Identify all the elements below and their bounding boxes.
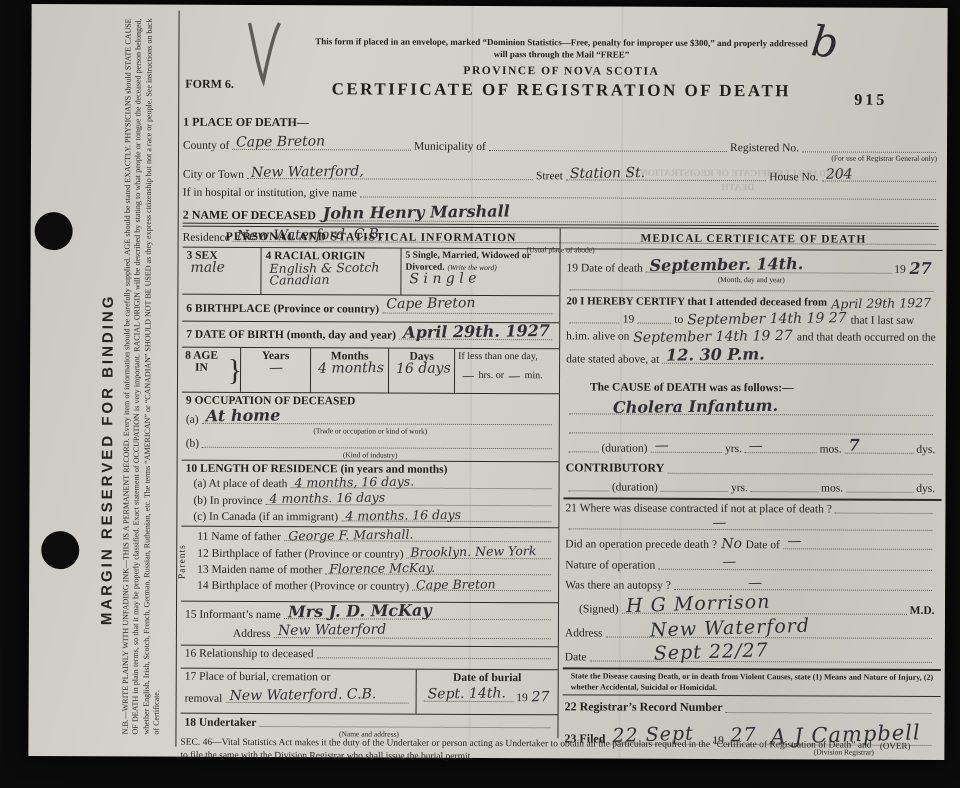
dod-note: (Month, day and year) <box>566 275 936 286</box>
undertaker-label: 18 Undertaker <box>184 717 256 729</box>
dod-year-prefix: 19 <box>894 264 906 276</box>
father-bp-line: Brooklyn. New York <box>407 546 552 559</box>
res-c-line: 4 months. 16 days <box>341 509 551 522</box>
mos-label: mos. <box>820 444 842 456</box>
sec46-text: SEC. 46—Vital Statistics Act makes it th… <box>180 738 871 762</box>
binder-punch-hole <box>35 212 73 250</box>
burial-label1: 17 Place of burial, cremation or <box>185 671 412 684</box>
parents-section: Parents 11 Name of father George F. Mars… <box>181 527 558 604</box>
death-certificate-form: This form if placed in an envelope, mark… <box>180 13 939 758</box>
nature-label: Nature of operation <box>565 559 655 571</box>
dod-line: September. 14th. <box>646 258 892 274</box>
burial-value: New Waterford. C.B. <box>225 688 380 703</box>
mother-bp-value: Cape Breton <box>412 578 500 590</box>
birthplace-row: 6 BIRTHPLACE (Province or country) Cape … <box>182 295 559 324</box>
street-value: Station St. <box>566 167 649 181</box>
house-no-label: House No. <box>769 171 818 183</box>
age-years-value: — <box>264 362 286 375</box>
duration-dys-value: 7 <box>845 438 864 453</box>
certify-last-value: September 14th 19 27 <box>629 329 797 344</box>
certify-to-value: September 14th 19 27 <box>683 312 851 327</box>
dod-label: 19 Date of death <box>566 263 642 275</box>
age-less-label: If less than one day, <box>458 351 556 362</box>
parents-label: Parents <box>178 544 188 579</box>
registered-no-label: Registered No. <box>730 142 799 154</box>
sex-cell: 3 SEX male <box>182 248 260 294</box>
hospital-line <box>360 197 936 201</box>
relationship-line <box>316 657 550 659</box>
physician-addr-line: New Waterford <box>606 620 932 640</box>
birthplace-label: 6 BIRTHPLACE (Province or country) <box>186 302 379 315</box>
certify-lastsaw: that I last saw <box>851 314 915 326</box>
age-brace: } <box>228 354 243 388</box>
res-a-value: 4 months, 16 days. <box>290 476 418 489</box>
dys2-label: dys. <box>916 483 935 495</box>
informant-addr-label: Address <box>233 628 271 640</box>
certificate-number: 915 <box>854 92 887 110</box>
informant-addr-value: New Waterford <box>274 624 391 638</box>
certify-occurred-label: and that death occurred on the <box>797 332 936 345</box>
duration-yrs-line: — <box>650 440 722 454</box>
certify-from-value: April 29th 1927 <box>827 297 935 310</box>
physician-addr-value: New Waterford <box>645 618 814 640</box>
operation-date-label: Date of <box>746 539 780 551</box>
physician-date-label: Date <box>565 652 587 664</box>
cause-section: The CAUSE of DEATH was as follows:— Chol… <box>563 381 941 499</box>
yrs-label: yrs. <box>725 443 742 455</box>
duration2-lead <box>569 491 609 492</box>
parents-rows: 11 Name of father George F. Marshall. 12… <box>197 527 558 603</box>
sec46-footer: (OVER) SEC. 46—Vital Statistics Act make… <box>180 737 936 766</box>
house-no-line: 204 <box>821 168 936 182</box>
res-c-value: 4 months. 16 days <box>341 508 465 521</box>
burial-section: 17 Place of burial, cremation or removal… <box>181 669 558 716</box>
res-a-line: 4 months, 16 days. <box>290 476 551 489</box>
record-number-line <box>726 712 932 714</box>
sex-value: male <box>186 261 229 274</box>
city-value: New Waterford, <box>247 165 368 179</box>
date-of-death-row: 19 Date of death September. 14th. 19 27 … <box>564 249 942 295</box>
occ-b-note: (Kind of industry) <box>186 450 555 461</box>
duration-yrs-value: — <box>650 439 672 452</box>
marital-label1: 5 Single, Married, Widowed or <box>406 251 556 262</box>
age-less-cell: If less than one day, — hrs. or — min. <box>454 349 559 393</box>
burial-year-prefix: 19 <box>516 692 528 704</box>
occ-a-label: (a) <box>186 414 199 426</box>
res-b-value: 4 months. 16 days <box>265 492 389 505</box>
marital-cell: 5 Single, Married, Widowed or Divorced. … <box>400 249 559 296</box>
signed-line: H G Morrison <box>622 596 907 615</box>
q21-line2: — <box>568 515 932 532</box>
personal-column: PERSONAL AND STATISTICAL INFORMATION 3 S… <box>180 227 560 739</box>
father-label: 11 Name of father <box>197 531 281 543</box>
father-line: George F. Marshall. <box>284 529 551 542</box>
certify-alive-label: h.im. alive on <box>566 331 629 343</box>
certify-to: to <box>674 313 683 325</box>
duration2-label: (duration) <box>612 482 658 494</box>
age-min-label: min. <box>525 370 543 381</box>
contributory-label: CONTRIBUTORY <box>566 461 665 476</box>
birthplace-value: Cape Breton <box>382 297 479 311</box>
cause-line: Cholera Infantum. <box>569 393 933 416</box>
burial-date-value: Sept. 14th. <box>424 687 510 701</box>
over-label: (OVER) <box>880 740 911 752</box>
cause-line2 <box>569 416 933 435</box>
signed-label: (Signed) <box>579 604 619 616</box>
dod-spare-line <box>569 290 933 293</box>
occ-b-line <box>202 447 552 450</box>
form-number: FORM 6. <box>185 77 234 92</box>
length-residence-section: 10 LENGTH OF RESIDENCE (in years and mon… <box>181 461 558 529</box>
certify-line1: 20 I HEREBY CERTIFY that I attended dece… <box>566 295 827 308</box>
record-number-label: 22 Registrar’s Record Number <box>565 700 723 716</box>
mother-label: 13 Maiden name of mother <box>197 563 322 576</box>
age-days-cell: Days 16 days <box>388 349 454 393</box>
q21-label: 21 Where was disease contracted if not a… <box>565 503 831 516</box>
medical-heading: MEDICAL CERTIFICATE OF DEATH <box>565 228 943 251</box>
county-label: County of <box>183 139 229 151</box>
racial-origin-cell: 4 RACIAL ORIGIN English & Scotch Canadia… <box>260 248 400 295</box>
deceased-name-line: John Henry Marshall <box>319 205 936 223</box>
operation-label: Did an operation precede death ? <box>565 538 717 551</box>
operation-value: No <box>717 538 746 551</box>
parents-vertical-label-cell: Parents <box>181 527 197 601</box>
mother-line: Florence McKay. <box>325 562 551 575</box>
deceased-name-value: John Henry Marshall <box>319 205 514 222</box>
physician-signature: H G Morrison <box>621 594 774 616</box>
birthplace-line: Cape Breton <box>382 298 552 314</box>
cause-heading: The CAUSE of DEATH was as follows:— <box>566 381 936 395</box>
burial-date-cell: Date of burial Sept. 14th. 19 27 <box>416 670 558 715</box>
handwritten-b-mark: b <box>809 20 840 65</box>
q21-line1 <box>835 513 932 514</box>
hospital-label: If in hospital or institution, give name <box>183 187 357 200</box>
res-b-label: (b) In province <box>193 494 262 506</box>
nature-line: — <box>658 556 932 571</box>
duration2-dys-line <box>846 492 913 493</box>
autopsy-label: Was there an autopsy ? <box>565 580 671 592</box>
burial-label2: removal <box>185 692 223 704</box>
father-bp-label: 12 Birthplace of father (Province or cou… <box>197 547 403 560</box>
autopsy-value: — <box>744 577 766 590</box>
certify-section: 20 I HEREBY CERTIFY that I attended dece… <box>564 293 942 383</box>
mail-note-line2: will pass through the Mail “FREE” <box>251 47 871 62</box>
certify-time-line: 12. 30 P.m. <box>662 348 932 365</box>
duration-lead <box>569 452 599 453</box>
res-b-line: 4 months. 16 days <box>265 492 551 505</box>
undertaker-line <box>259 726 550 728</box>
age-years-cell: Years — <box>240 348 310 392</box>
duration2-yrs-line <box>661 491 728 492</box>
margin-instructions-text: N.B.—WRITE PLAINLY WITH UNFADING INK—THI… <box>121 18 166 734</box>
certify-blank1 <box>569 322 619 323</box>
dob-label: 7 DATE OF BIRTH (month, day and year) <box>186 329 396 342</box>
relationship-label: 16 Relationship to deceased <box>185 648 314 661</box>
duration-mos-line: — <box>745 440 817 454</box>
age-min-value: — <box>504 370 525 382</box>
physician-addr-label: Address <box>565 628 603 640</box>
house-no-value: 204 <box>821 168 856 181</box>
q21-section: 21 Where was disease contracted if not a… <box>563 500 941 670</box>
certify-blank2 <box>637 322 671 323</box>
certify-time-value: 12. 30 P.m. <box>662 347 769 363</box>
municipality-label: Municipality of <box>414 140 486 152</box>
street-line: Station St. <box>566 167 766 181</box>
dod-value: September. 14th. <box>646 257 808 274</box>
violent-note: State the Disease causing Death, or in d… <box>571 672 935 694</box>
mos2-label: mos. <box>821 483 843 495</box>
age-hrs-value: — <box>458 370 479 382</box>
dob-line: April 29th. 1927 <box>399 325 552 341</box>
scanned-certificate-paper: MARGIN RESERVED FOR BINDING N.B.—WRITE P… <box>28 4 947 760</box>
informant-section: 15 Informant’s name Mrs J. D. McKay Addr… <box>181 602 558 648</box>
sex-race-marital-row: 3 SEX male 4 RACIAL ORIGIN English & Sco… <box>182 248 559 297</box>
yrs2-label: yrs. <box>731 482 748 494</box>
mother-bp-line: Cape Breton <box>412 578 551 591</box>
occ-a-value: At home <box>202 408 285 423</box>
informant-value: Mrs J. D. McKay <box>284 603 436 619</box>
physician-date-line: Sept 22/27 <box>589 644 931 664</box>
pencil-checkmark-icon <box>241 19 287 89</box>
contributory-line <box>667 473 932 475</box>
street-label: Street <box>536 170 563 182</box>
duration-mos-value: — <box>745 440 767 453</box>
burial-line: New Waterford. C.B. <box>225 689 408 703</box>
age-row: 8 AGE IN } Years — Months 4 months Days <box>182 348 559 395</box>
county-line: Cape Breton <box>232 136 411 150</box>
age-months-cell: Months 4 months <box>310 348 388 392</box>
father-bp-value: Brooklyn. New York <box>406 545 540 558</box>
dys-label: dys. <box>916 444 935 456</box>
cause-value: Cholera Infantum. <box>609 398 782 415</box>
dob-row: 7 DATE OF BIRTH (month, day and year) Ap… <box>182 322 559 350</box>
dob-value: April 29th. 1927 <box>399 324 554 340</box>
medical-column: MEDICAL CERTIFICATE OF DEATH 19 Date of … <box>558 228 942 740</box>
place-heading: 1 PLACE OF DEATH— <box>183 115 939 133</box>
duration2-mos-line <box>751 492 818 493</box>
physician-date-value: Sept 22/27 <box>649 642 772 663</box>
informant-label: 15 Informant’s name <box>185 609 281 621</box>
form-columns: PERSONAL AND STATISTICAL INFORMATION 3 S… <box>180 223 938 740</box>
registered-no-note: (For use of Registrar General only) <box>183 150 937 162</box>
md-label: M.D. <box>910 605 935 617</box>
marital-value: S i n g l e <box>405 272 480 286</box>
burial-year-value: 27 <box>528 691 554 704</box>
certificate-title: CERTIFICATE OF REGISTRATION OF DEATH <box>183 79 939 102</box>
certify-time-label: date stated above, at <box>566 353 659 365</box>
occ-a-line: At home <box>202 409 552 426</box>
operation-date-line: — <box>783 536 932 550</box>
dod-year-value: 27 <box>906 262 936 277</box>
mail-note: This form if placed in an envelope, mark… <box>251 35 871 62</box>
hospital-row: If in hospital or institution, give name <box>183 187 939 202</box>
res-a-label: (a) At place of death <box>194 478 288 490</box>
burial-date-line: Sept. 14th. <box>424 688 514 702</box>
county-value: Cape Breton <box>232 135 329 149</box>
occ-a-note: (Trade or occupation or kind of work) <box>186 426 555 437</box>
occupation-section: 9 OCCUPATION OF DECEASED (a) At home (Tr… <box>182 393 559 463</box>
burial-date-label: Date of burial <box>421 672 554 685</box>
racial-origin-value2: Canadian <box>265 274 333 286</box>
informant-addr-line: New Waterford <box>274 624 551 639</box>
occ-b-label: (b) <box>186 438 199 450</box>
duration-dys-line: 7 <box>845 439 914 455</box>
city-line: New Waterford, <box>247 166 533 181</box>
q21-value: — <box>708 517 730 530</box>
certify-19: 19 <box>623 313 635 325</box>
deceased-name-label: 2 NAME OF DECEASED <box>183 207 316 223</box>
city-label: City or Town <box>183 169 244 181</box>
nature-value: — <box>718 556 740 569</box>
margin-binding-text: MARGIN RESERVED FOR BINDING <box>98 199 117 719</box>
personal-heading: PERSONAL AND STATISTICAL INFORMATION <box>183 227 560 250</box>
autopsy-line: — <box>674 576 932 591</box>
age-months-value: 4 months <box>314 362 388 376</box>
mother-value: Florence McKay. <box>325 561 439 574</box>
age-cell: 8 AGE IN } <box>182 348 240 392</box>
binder-punch-hole <box>41 531 79 569</box>
informant-line: Mrs J. D. McKay <box>284 604 551 621</box>
violent-note-section: State the Disease causing Death, or in d… <box>563 668 941 696</box>
burial-place-cell: 17 Place of burial, cremation or removal… <box>181 669 416 714</box>
form-left-rule <box>175 11 179 747</box>
father-value: George F. Marshall. <box>284 529 417 542</box>
mother-bp-label: 14 Birthplace of mother (Province or cou… <box>197 580 409 593</box>
relationship-row: 16 Relationship to deceased <box>181 646 558 671</box>
age-hrs-label: hrs. or <box>479 370 505 381</box>
operation-date-value: — <box>783 536 805 549</box>
city-row: City or Town New Waterford, Street Stati… <box>183 165 939 184</box>
duration-label: (duration) <box>601 443 647 455</box>
age-days-value: 16 days <box>392 362 455 375</box>
undertaker-section: 18 Undertaker (Name and address) <box>180 714 557 740</box>
res-c-label: (c) In Canada (if an immigrant) <box>193 510 338 523</box>
